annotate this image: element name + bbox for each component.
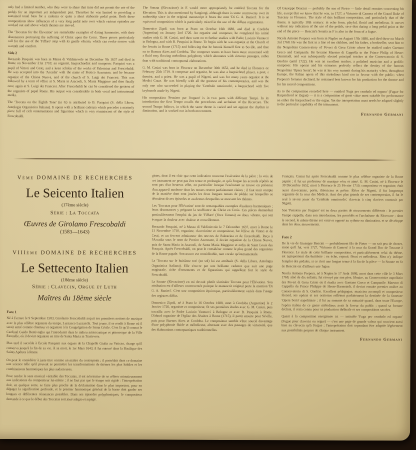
paragraph: G. M. Casini was born in Florence on Dec… xyxy=(142,65,269,93)
french-notes-panel: Vème DOMAINE DE RECHERCHES Le Seicento I… xyxy=(0,159,411,443)
french-column-2: gistes, dont il est clair que cette indi… xyxy=(151,174,273,443)
paragraph: On peut le considérer à juste titre comm… xyxy=(6,358,142,372)
paragraph: Bernardo Pasquini was born in Massa di V… xyxy=(8,57,135,99)
maitres-title: Maîtres du 18ème siècle xyxy=(7,293,143,303)
english-notes-panel: only had a limited number, who they were… xyxy=(0,0,412,153)
author-signature-top: Fernando Germani xyxy=(277,111,404,117)
face-1-label: Face 1 xyxy=(7,310,143,315)
paragraph: Nicola Antonio Porpora was born in Naple… xyxy=(277,36,404,87)
author-signature-bottom: Fernando Germani xyxy=(281,337,402,343)
paragraph: De la vie de Giuseppe Bencini — probable… xyxy=(282,241,403,269)
domain-5-heading: Vème DOMAINE DE RECHERCHES xyxy=(7,175,143,182)
paragraph: Son 'Pensiero per l'organo' est en deux … xyxy=(282,209,403,228)
seicento-series: Série : La Toccata xyxy=(7,210,143,217)
face-2-label: Face 2 xyxy=(282,235,403,240)
paragraph: Of Giuseppe Bencini — probably the son o… xyxy=(277,6,404,34)
paragraph: Né à Ferrare le 9 Septembre 1583, Girola… xyxy=(7,316,143,339)
spacer xyxy=(7,239,143,249)
seicento-title: Le Seicento Italien xyxy=(7,185,143,202)
settecento-century: (18ème siècle) xyxy=(7,277,143,283)
paragraph: His composition 'Pensiero per l'organo' … xyxy=(142,95,269,114)
french-column-1: Vème DOMAINE DE RECHERCHES Le Seicento I… xyxy=(6,173,143,442)
paragraph: Nicola Antonio Porpora, né à Naples le 1… xyxy=(281,271,402,313)
paragraph: Domenico Zipoli was born at Prato on Oct… xyxy=(142,26,269,63)
paragraph: gistes, dont il est clair que cette indi… xyxy=(152,174,273,202)
paragraph: La 'Toccata sur le huitième ton' (en sol… xyxy=(151,259,272,278)
paragraph: only had a limited number, who they were… xyxy=(8,5,135,28)
english-column-2: The Sonata (Elevazione) in E would more … xyxy=(142,6,269,153)
english-column-1: only had a limited number, who they were… xyxy=(7,5,134,152)
paragraph: La Sonate (Elevazione) en mi devrait plu… xyxy=(151,279,272,298)
album-back-cover: only had a limited number, who they were… xyxy=(0,0,412,441)
paragraph: Bernardo Pasquini, né à Massa di Valdini… xyxy=(152,224,273,256)
frescobaldi-works-title: Œuvres de Girolamo Frescobaldi xyxy=(7,219,143,229)
paragraph: Pour rendre le sens musical véritable de… xyxy=(6,374,142,402)
seicento-century: (17ème siècle) xyxy=(7,202,143,208)
paragraph: Quant à la composition enregistrée ici —… xyxy=(281,314,402,333)
side-2-label: Side 2 xyxy=(8,51,135,56)
paragraph: The 'Toccatas for the Elevation' are rem… xyxy=(8,30,135,49)
paragraph: Les 'Toccatas pour l'Élévation' sont de … xyxy=(152,204,273,223)
paragraph: Plus tard il succéda à Ercole Pasquini a… xyxy=(6,341,142,355)
frescobaldi-dates: (1583—1643) xyxy=(7,229,143,236)
paragraph: Français, Casini fut après Frescobaldi c… xyxy=(282,174,403,206)
french-column-3: Français, Casini fut après Frescobaldi c… xyxy=(281,174,403,443)
paragraph: The Sonata (Elevazione) in E would more … xyxy=(143,6,270,25)
series-headings: Vème DOMAINE DE RECHERCHES Le Seicento I… xyxy=(7,175,143,303)
domain-8-heading: VIIIème DOMAINE DE RECHERCHES xyxy=(7,250,143,257)
paragraph: Domenico Zipoli, né à Prato le 16 Octobr… xyxy=(151,300,272,332)
settecento-title: Le Settecento Italien xyxy=(7,260,143,277)
paragraph: The 'Toccata on the Eighth Tone' (in G) … xyxy=(7,100,134,119)
english-column-3: Of Giuseppe Bencini — probably the son o… xyxy=(277,6,404,153)
paragraph: As to the composition recorded here — en… xyxy=(277,89,404,108)
settecento-series: Série : Clavecin, Orgue et Luth xyxy=(7,284,143,291)
